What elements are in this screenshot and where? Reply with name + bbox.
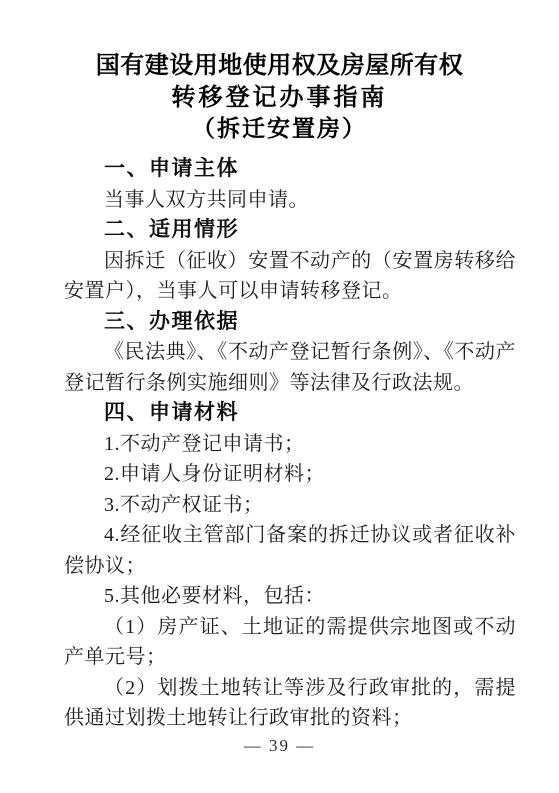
paragraph: 《民法典》、《不动产登记暂行条例》、《不动产登记暂行条例实施细则》等法律及行政法… [64, 337, 516, 398]
section-heading-applicable-situations: 二、适用情形 [64, 215, 516, 246]
list-sub-item: （1）房产证、土地证的需提供宗地图或不动产单元号； [64, 612, 516, 673]
paragraph: 因拆迁（征收）安置不动产的（安置房转移给安置户），当事人可以申请转移登记。 [64, 246, 516, 307]
list-item: 1.不动产登记申请书； [64, 429, 516, 460]
list-item: 4.经征收主管部门备案的拆迁协议或者征收补偿协议； [64, 520, 516, 581]
list-item: 3.不动产权证书； [64, 490, 516, 521]
paragraph: 当事人双方共同申请。 [64, 185, 516, 216]
list-item: 2.申请人身份证明材料； [64, 459, 516, 490]
document-title-block: 国有建设用地使用权及房屋所有权 转移登记办事指南 （拆迁安置房） [0, 0, 559, 144]
list-item: 5.其他必要材料，包括： [64, 581, 516, 612]
section-heading-application-materials: 四、申请材料 [64, 398, 516, 429]
page-number: — 39 — [0, 736, 559, 756]
list-sub-item: （2）划拨土地转让等涉及行政审批的，需提供通过划拨土地转让行政审批的资料； [64, 673, 516, 734]
doc-title-line1: 国有建设用地使用权及房屋所有权 [0, 50, 559, 82]
section-heading-applicant: 一、申请主体 [64, 154, 516, 185]
section-heading-legal-basis: 三、办理依据 [64, 307, 516, 338]
document-page: 国有建设用地使用权及房屋所有权 转移登记办事指南 （拆迁安置房） 一、申请主体 … [0, 0, 559, 793]
document-body: 一、申请主体 当事人双方共同申请。 二、适用情形 因拆迁（征收）安置不动产的（安… [64, 154, 516, 734]
doc-title-line2: 转移登记办事指南 [0, 82, 559, 114]
doc-subtitle: （拆迁安置房） [0, 114, 559, 144]
